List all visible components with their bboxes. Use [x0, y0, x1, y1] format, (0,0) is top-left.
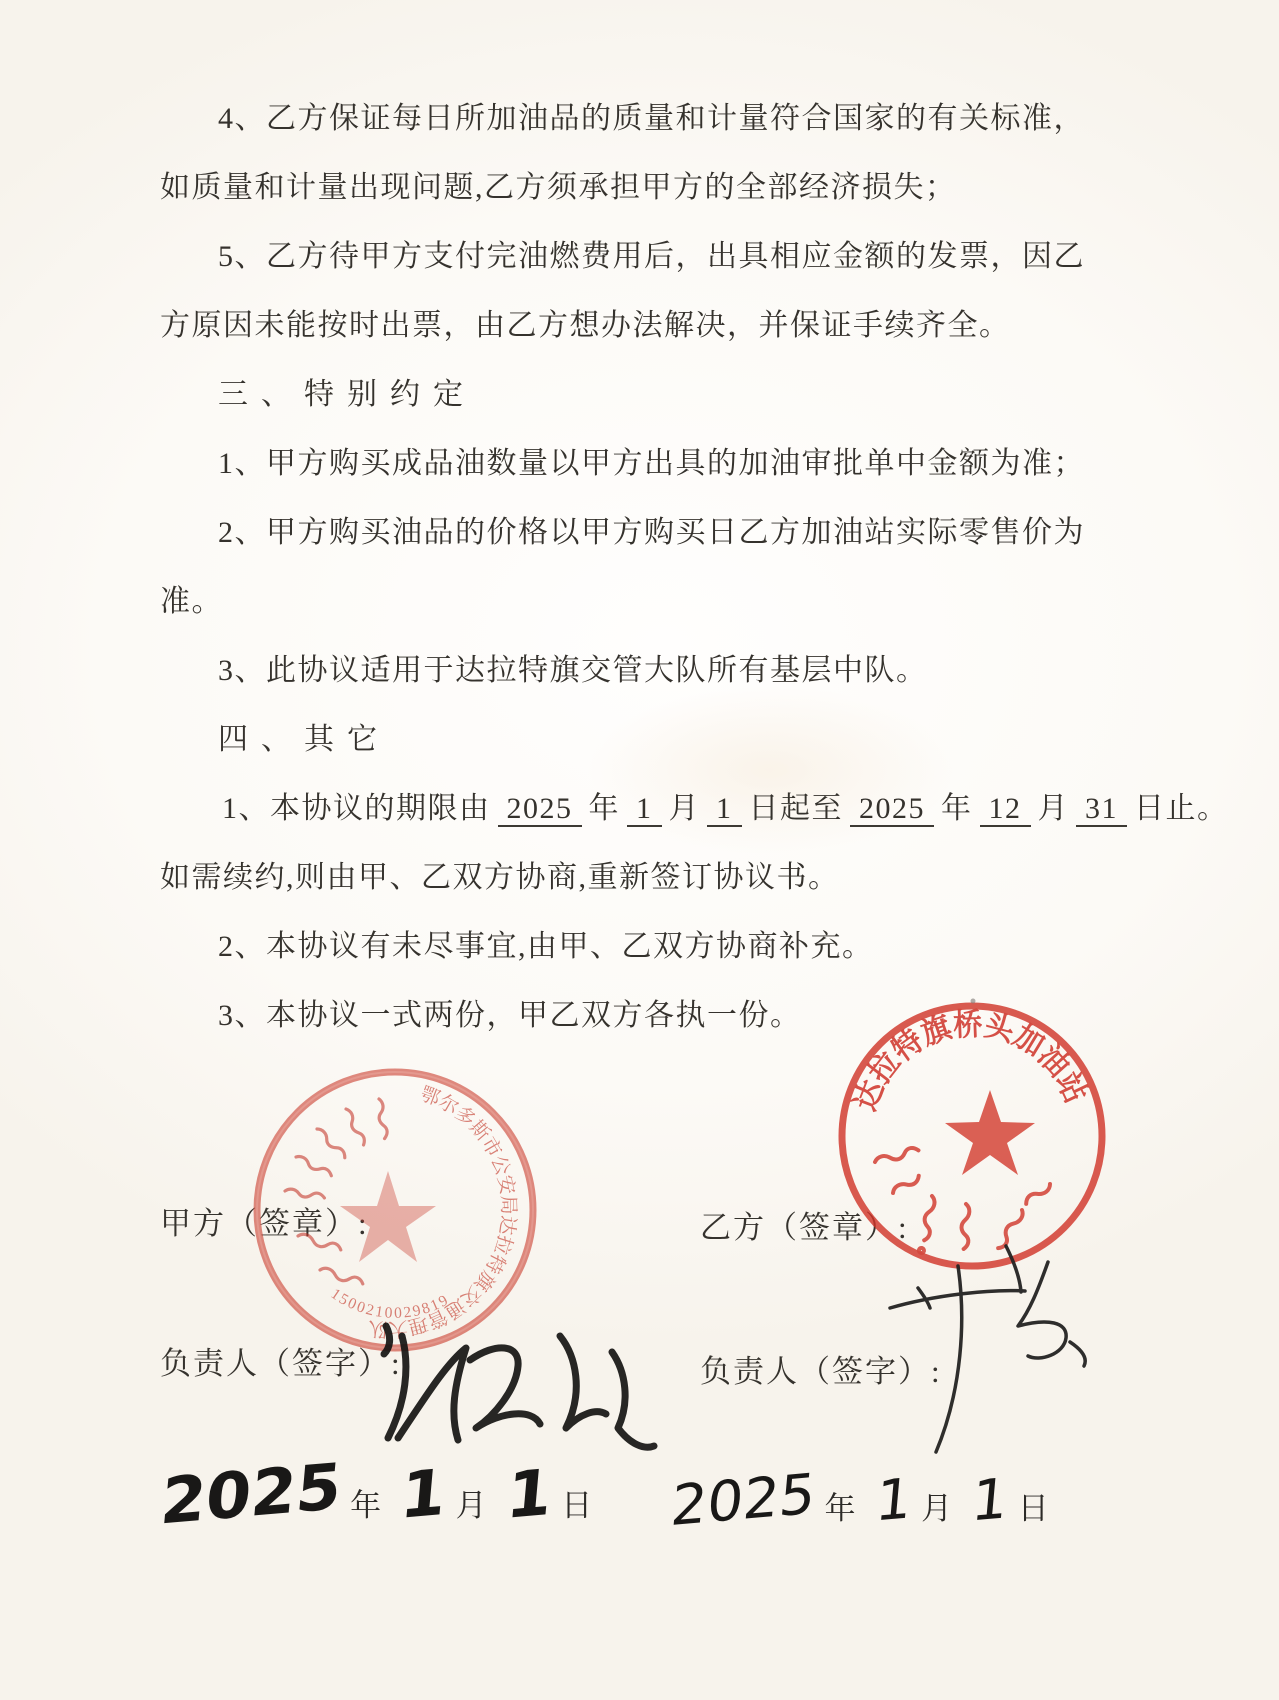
stamp-arc-text: 鄂尔多斯市公安局达拉特旗交通管理大队 — [367, 1083, 519, 1340]
contract-line: 4、乙方保证每日所加油品的质量和计量符合国家的有关标准， — [160, 96, 1040, 165]
year-unit: 年 — [825, 1491, 856, 1526]
party-a-date-month: 1 — [398, 1456, 450, 1534]
contract-section-heading: 三、特别约定 — [160, 372, 1040, 441]
party-b-date: 2025年1月1日 — [672, 1468, 1069, 1533]
term-month-unit: 月 — [669, 792, 701, 825]
contract-line: 3、此协议适用于达拉特旗交管大队所有基层中队。 — [160, 648, 1040, 717]
term-to-text: 日起至 — [749, 792, 844, 825]
party-a-signature — [384, 1326, 654, 1447]
party-b-responsible-label: 负责人（签字）: — [700, 1346, 942, 1391]
term-end-month: 12 — [980, 792, 1031, 827]
term-year-unit: 年 — [941, 792, 973, 825]
term-prefix: 1、本协议的期限由 — [222, 792, 491, 825]
contract-line: 1、甲方购买成品油数量以甲方出具的加油审批单中金额为准； — [160, 441, 1040, 510]
party-a-date-year: 2025 — [158, 1450, 345, 1539]
year-unit: 年 — [350, 1488, 381, 1523]
party-a-seal-label: 甲方（签章）: — [160, 1198, 369, 1243]
term-year-unit: 年 — [589, 792, 621, 825]
contract-line: 如质量和计量出现问题,乙方须承担甲方的全部经济损失； — [160, 165, 1040, 234]
term-end-day: 31 — [1076, 792, 1127, 827]
term-start-day: 1 — [707, 792, 742, 827]
party-a-responsible-label: 负责人（签字）: — [160, 1338, 402, 1383]
svg-text:1500210029819: 1500210029819 — [328, 1285, 453, 1322]
term-suffix: 日止。 — [1134, 792, 1229, 825]
contract-term-line: 1、本协议的期限由2025年1月1日起至2025年12月31日止。 — [160, 786, 1040, 855]
term-month-unit: 月 — [1038, 792, 1070, 825]
month-unit: 月 — [456, 1488, 487, 1523]
contract-line: 5、乙方待甲方支付完油燃费用后，出具相应金额的发票，因乙 — [160, 234, 1040, 303]
party-a-date-day: 1 — [503, 1456, 555, 1534]
month-unit: 月 — [921, 1491, 952, 1526]
contract-line: 方原因未能按时出票，由乙方想办法解决，并保证手续齐全。 — [160, 303, 1040, 372]
svg-text:鄂尔多斯市公安局达拉特旗交通管理大队: 鄂尔多斯市公安局达拉特旗交通管理大队 — [367, 1083, 519, 1340]
contract-line: 如需续约,则由甲、乙双方协商,重新签订协议书。 — [160, 855, 1040, 924]
term-start-month: 1 — [627, 792, 662, 827]
party-b-date-day: 1 — [969, 1467, 1011, 1535]
term-start-year: 2025 — [498, 792, 582, 827]
contract-line: 2、本协议有未尽事宜,由甲、乙双方协商补充。 — [160, 924, 1040, 993]
stamp-serial: 1500210029819 — [328, 1285, 453, 1322]
star-icon — [945, 1090, 1035, 1175]
day-unit: 日 — [1018, 1491, 1049, 1526]
term-end-year: 2025 — [850, 792, 934, 827]
party-b-date-month: 1 — [872, 1467, 914, 1535]
party-b-date-year: 2025 — [668, 1462, 818, 1539]
party-b-seal-label: 乙方（签章）: — [700, 1202, 909, 1247]
party-a-date: 2025年1月1日 — [162, 1458, 612, 1532]
contract-section-heading: 四、其它 — [160, 717, 1040, 786]
contract-document-page: 4、乙方保证每日所加油品的质量和计量符合国家的有关标准， 如质量和计量出现问题,… — [0, 0, 1279, 1700]
contract-text-block: 4、乙方保证每日所加油品的质量和计量符合国家的有关标准， 如质量和计量出现问题,… — [160, 96, 1040, 1062]
contract-line: 2、甲方购买油品的价格以甲方购买日乙方加油站实际零售价为 — [160, 510, 1040, 579]
mongolian-script-marks — [285, 1099, 389, 1288]
day-unit: 日 — [561, 1488, 592, 1523]
contract-line: 准。 — [160, 579, 1040, 648]
contract-line: 3、本协议一式两份，甲乙双方各执一份。 — [160, 993, 1040, 1062]
